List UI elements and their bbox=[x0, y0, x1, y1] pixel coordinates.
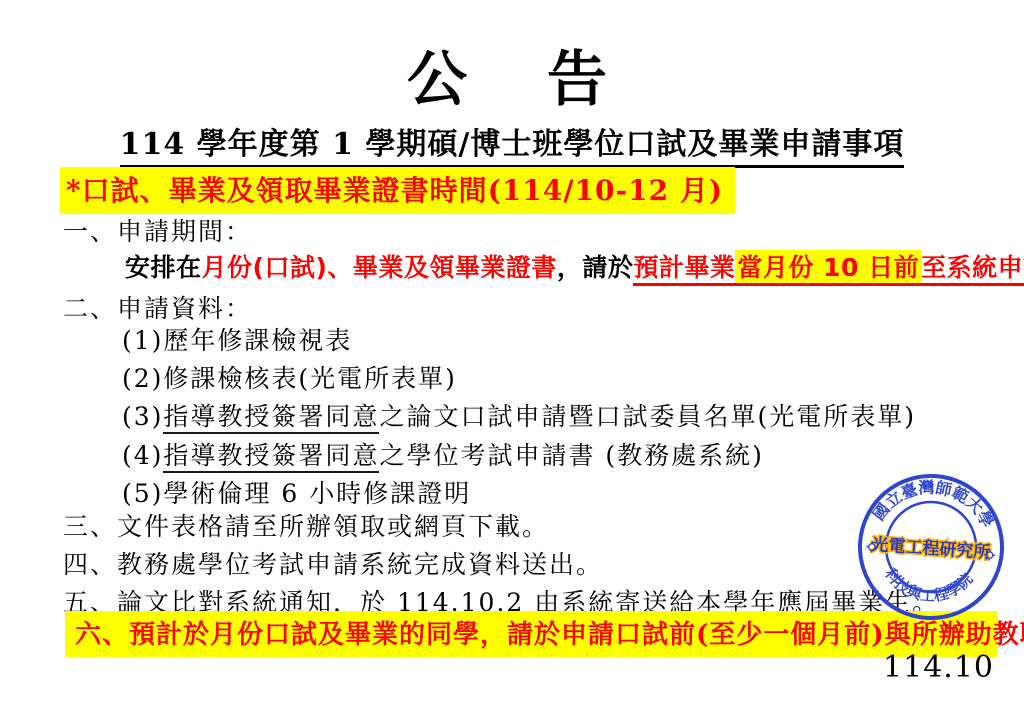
list-item-4-rest: 之學位考試申請書 (教務處系統) bbox=[379, 441, 763, 470]
detail-red-underlined-1: 預計畢業 bbox=[633, 253, 735, 286]
detail-black-2: ，請於 bbox=[557, 253, 634, 282]
page-subtitle: 114 學年度第 1 學期碩/博士班學位口試及畢業申請事項 bbox=[120, 119, 905, 168]
section-3: 三、文件表格請至所辦領取或網頁下載。 bbox=[63, 507, 549, 543]
section-4: 四、教務處學位考試申請系統完成資料送出。 bbox=[63, 545, 603, 581]
announcement-page: 公 告 114 學年度第 1 學期碩/博士班學位口試及畢業申請事項 *口試、畢業… bbox=[0, 0, 1024, 716]
list-item-4-prefix: (4) bbox=[122, 441, 163, 470]
list-item-3-underlined: 指導教授簽署同意 bbox=[163, 402, 379, 434]
detail-red-1: 月份(口試)、畢業及領畢業證書 bbox=[202, 253, 557, 282]
detail-black-1: 安排在 bbox=[125, 253, 202, 282]
list-item-2: (2)修課檢核表(光電所表單) bbox=[122, 359, 457, 395]
section-2-heading: 二、申請資料： bbox=[63, 289, 252, 325]
list-item-3-rest: 之論文口試申請暨口試委員名單(光電所表單) bbox=[379, 402, 916, 431]
highlighted-note: *口試、畢業及領取畢業證書時間(114/10-12 月) bbox=[60, 167, 735, 214]
footer-date: 114.10 bbox=[883, 650, 994, 685]
subtitle-row: 114 學年度第 1 學期碩/博士班學位口試及畢業申請事項 bbox=[0, 119, 1024, 168]
seal-bottom-text: 科技與工程學院 bbox=[879, 563, 977, 608]
institute-seal-stamp: 國立臺灣師範大學 科技與工程學院 光電工程研究所 bbox=[851, 467, 1011, 627]
list-item-5: (5)學術倫理 6 小時修課證明 bbox=[122, 474, 471, 510]
detail-red-underlined-2: 至系統申請畢業 bbox=[921, 253, 1024, 286]
section-1-detail: 安排在月份(口試)、畢業及領畢業證書，請於預計畢業當月份 10 日前至系統申請畢… bbox=[125, 248, 1024, 284]
section-6-highlighted: 六、預計於月份口試及畢業的同學，請於申請口試前(至少一個月前)與所辦助教聯絡。 bbox=[65, 611, 997, 657]
section-1-heading: 一、申請期間： bbox=[63, 212, 252, 248]
list-item-4: (4)指導教授簽署同意之學位考試申請書 (教務處系統) bbox=[122, 436, 764, 472]
list-item-4-underlined: 指導教授簽署同意 bbox=[163, 441, 379, 473]
detail-red-highlighted: 當月份 10 日前 bbox=[735, 250, 921, 286]
list-item-3: (3)指導教授簽署同意之論文口試申請暨口試委員名單(光電所表單) bbox=[122, 397, 916, 433]
page-title: 公 告 bbox=[0, 32, 1024, 118]
list-item-3-prefix: (3) bbox=[122, 402, 163, 431]
list-item-1: (1)歷年修課檢視表 bbox=[122, 321, 352, 357]
